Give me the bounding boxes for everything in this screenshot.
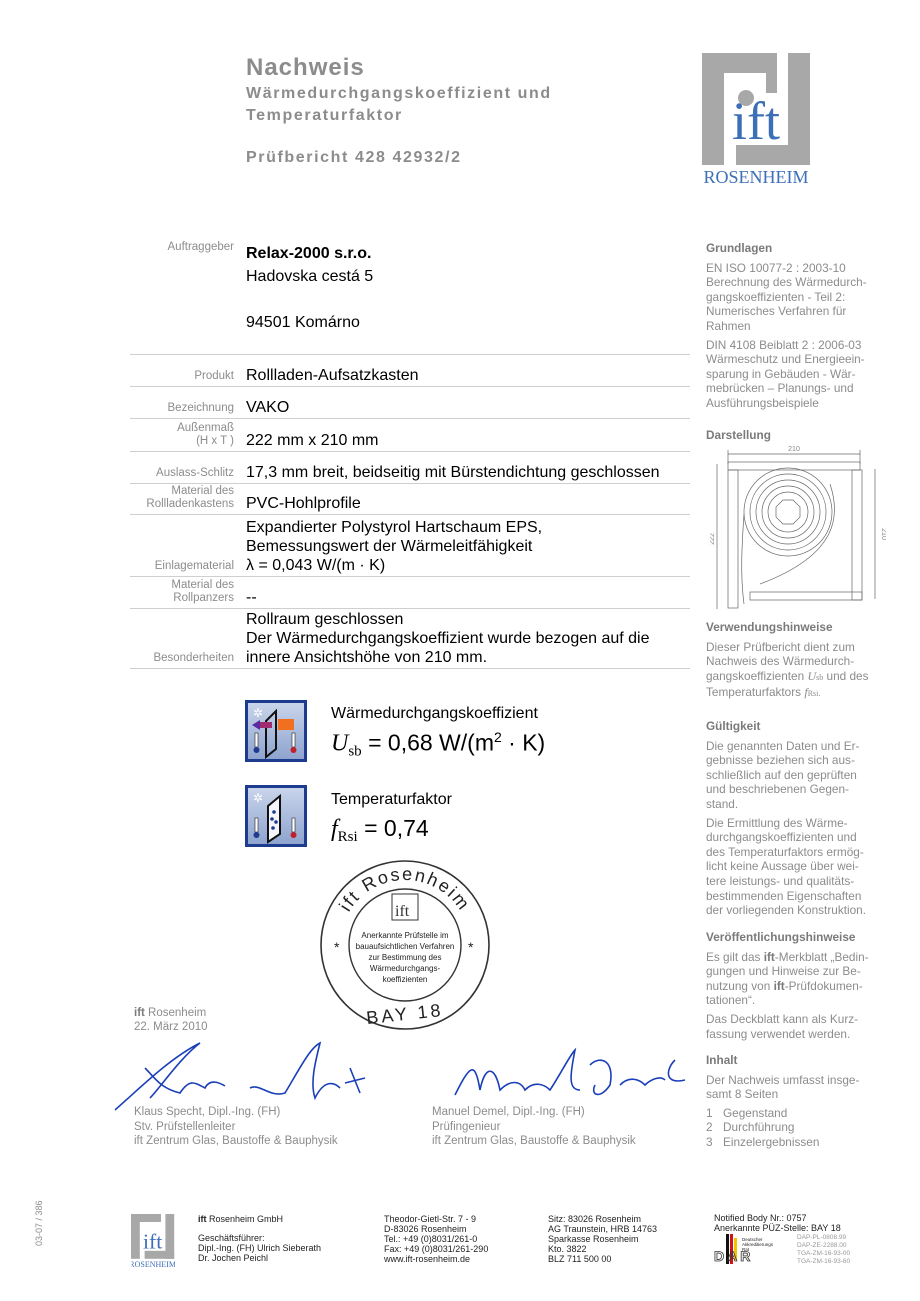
client-details: Relax-2000 s.r.o. Hadovska cestá 5 94501… bbox=[246, 238, 373, 354]
svg-text:✲: ✲ bbox=[253, 706, 263, 720]
signatory-1: Klaus Specht, Dipl.-Ing. (FH) Stv. Prüfs… bbox=[134, 1105, 338, 1149]
value-box-material: PVC-Hohlprofile bbox=[246, 484, 361, 514]
u-value-label: Wärmedurchgangskoeffizient bbox=[331, 705, 538, 723]
client-city: 94501 Komárno bbox=[246, 311, 373, 334]
svg-text:Wärmedurchgangs-: Wärmedurchgangs- bbox=[370, 964, 441, 973]
contents-list: 1Gegenstand 2Durchführung 3Einzelergebni… bbox=[706, 1106, 886, 1150]
cross-section-drawing: 210 222 210 bbox=[710, 444, 886, 614]
footer-address: Theodor-Gietl-Str. 7 - 9 D-83026 Rosenhe… bbox=[384, 1214, 488, 1264]
svg-text:222: 222 bbox=[710, 533, 716, 545]
svg-text:Rat: Rat bbox=[742, 1247, 750, 1252]
place-date: ift Rosenheim 22. März 2010 bbox=[134, 1006, 208, 1034]
row-curtain-material: Material desRollpanzers -- bbox=[130, 577, 690, 609]
standard-en-iso: EN ISO 10077-2 : 2003-10Berechnung des W… bbox=[706, 261, 886, 334]
u-value: Usb = 0,68 W/(m2 · K) bbox=[331, 729, 545, 761]
contents-item: 2Durchführung bbox=[706, 1120, 886, 1135]
label-special-features: Besonderheiten bbox=[130, 609, 234, 668]
svg-text:ift: ift bbox=[395, 903, 410, 920]
svg-text:ift: ift bbox=[143, 1229, 162, 1253]
row-insert-material: Einlagematerial Expandierter Polystyrol … bbox=[130, 515, 690, 577]
ift-rosenheim-logo: ift ROSENHEIM bbox=[702, 53, 812, 188]
logo-city-text: ROSENHEIM bbox=[703, 167, 808, 187]
svg-text:koeffizienten: koeffizienten bbox=[383, 975, 428, 984]
value-designation: VAKO bbox=[246, 387, 289, 418]
label-outer-dimension: Außenmaß(H x T ) bbox=[130, 419, 234, 451]
svg-text:zur Bestimmung des: zur Bestimmung des bbox=[369, 953, 442, 962]
sidebar-veroeffentlichung: Veröffentlichungshinweise Es gilt das if… bbox=[706, 930, 886, 1045]
row-designation: Bezeichnung VAKO bbox=[130, 387, 690, 419]
svg-text:*: * bbox=[468, 939, 474, 955]
subtitle-line-1: Wärmedurchgangskoeffizient und bbox=[246, 83, 552, 105]
sidebar-verwendung: Verwendungshinweise Dieser Prüfbericht d… bbox=[706, 620, 886, 706]
client-street: Hadovska cestá 5 bbox=[246, 265, 373, 288]
row-client: Auftraggeber Relax-2000 s.r.o. Hadovska … bbox=[130, 238, 690, 355]
signatory-2: Manuel Demel, Dipl.-Ing. (FH) Prüfingeni… bbox=[432, 1105, 636, 1149]
row-outlet-slot: Auslass-Schlitz 17,3 mm breit, beidseiti… bbox=[130, 452, 690, 484]
row-special-features: Besonderheiten Rollraum geschlossenDer W… bbox=[130, 609, 690, 669]
svg-text:210: 210 bbox=[788, 446, 800, 453]
form-code: 03-07 / 386 bbox=[34, 1200, 44, 1246]
document-subtitle: Wärmedurchgangskoeffizient und Temperatu… bbox=[246, 83, 552, 127]
document-title: Nachweis bbox=[246, 54, 365, 82]
label-designation: Bezeichnung bbox=[130, 387, 234, 418]
label-client: Auftraggeber bbox=[130, 238, 234, 354]
label-outlet-slot: Auslass-Schlitz bbox=[130, 452, 234, 483]
subtitle-line-2: Temperaturfaktor bbox=[246, 105, 552, 127]
svg-text:ROSENHEIM: ROSENHEIM bbox=[131, 1260, 175, 1268]
footer-notified-body: Notified Body Nr.: 0757 Anerkannte PÜZ-S… bbox=[714, 1213, 841, 1233]
standard-din: DIN 4108 Beiblatt 2 : 2006-03Wärmeschutz… bbox=[706, 338, 886, 411]
contents-item: 1Gegenstand bbox=[706, 1106, 886, 1121]
client-name: Relax-2000 s.r.o. bbox=[246, 242, 373, 265]
svg-text:✲: ✲ bbox=[253, 791, 263, 805]
logo-ift-text: ift bbox=[732, 91, 780, 151]
label-product: Produkt bbox=[130, 355, 234, 386]
svg-text:*: * bbox=[334, 939, 340, 955]
footer-website-link[interactable]: www.ift-rosenheim.de bbox=[384, 1254, 488, 1264]
footer-registration: Sitz: 83026 Rosenheim AG Traunstein, HRB… bbox=[548, 1214, 657, 1264]
heat-transfer-icon: ✲ bbox=[245, 700, 307, 762]
value-insert-material: Expandierter Polystyrol Hartschaum EPS,B… bbox=[246, 515, 542, 576]
report-number: Prüfbericht 428 42932/2 bbox=[246, 149, 462, 167]
signature-demel bbox=[450, 1045, 690, 1105]
svg-text:Anerkannte Prüfstelle im: Anerkannte Prüfstelle im bbox=[361, 931, 448, 940]
issue-date: 22. März 2010 bbox=[134, 1020, 208, 1034]
footer-fax: Fax: +49 (0)8031/261-290 bbox=[384, 1244, 488, 1254]
specification-table: Auftraggeber Relax-2000 s.r.o. Hadovska … bbox=[130, 238, 690, 669]
official-stamp: ift Rosenheim * * ift Anerkannte Prüfste… bbox=[318, 860, 492, 1030]
row-outer-dimension: Außenmaß(H x T ) 222 mm x 210 mm bbox=[130, 419, 690, 452]
dar-codes: DAP-PL-0808.99 DAP-ZE-2288.00 TGA-ZM-16-… bbox=[797, 1234, 850, 1266]
f-value: fRsi = 0,74 bbox=[331, 815, 429, 846]
footer-phone: Tel.: +49 (0)8031/261-0 bbox=[384, 1234, 488, 1244]
sidebar-inhalt: Inhalt Der Nachweis umfasst insge-samt 8… bbox=[706, 1053, 886, 1150]
dar-accreditation-logo: DAR Deutscher Akkreditierungs Rat bbox=[714, 1234, 794, 1266]
svg-text:210: 210 bbox=[880, 528, 886, 540]
value-outer-dimension: 222 mm x 210 mm bbox=[246, 419, 378, 451]
value-curtain-material: -- bbox=[246, 577, 257, 608]
svg-text:bauaufsichtlichen Verfahren: bauaufsichtlichen Verfahren bbox=[356, 942, 455, 951]
value-special-features: Rollraum geschlossenDer Wärmedurchgangsk… bbox=[246, 609, 650, 668]
footer-ift-logo: ift ROSENHEIM bbox=[131, 1214, 175, 1268]
value-outlet-slot: 17,3 mm breit, beidseitig mit Bürstendic… bbox=[246, 452, 660, 483]
row-product: Produkt Rollladen-Aufsatzkasten bbox=[130, 355, 690, 387]
sidebar-gueltigkeit: Gültigkeit Die genannten Daten und Er-ge… bbox=[706, 719, 886, 922]
sidebar-grundlagen: Grundlagen EN ISO 10077-2 : 2003-10Berec… bbox=[706, 241, 886, 415]
footer-company: ift Rosenheim GmbH Geschäftsführer: Dipl… bbox=[198, 1214, 321, 1263]
label-box-material: Material desRollladenkastens bbox=[130, 484, 234, 514]
contents-item: 3Einzelergebnissen bbox=[706, 1135, 886, 1150]
label-curtain-material: Material desRollpanzers bbox=[130, 577, 234, 608]
f-value-label: Temperaturfaktor bbox=[331, 791, 452, 809]
condensation-icon: ✲ bbox=[245, 785, 307, 847]
label-insert-material: Einlagematerial bbox=[130, 515, 234, 576]
row-box-material: Material desRollladenkastens PVC-Hohlpro… bbox=[130, 484, 690, 515]
value-product: Rollladen-Aufsatzkasten bbox=[246, 355, 419, 386]
